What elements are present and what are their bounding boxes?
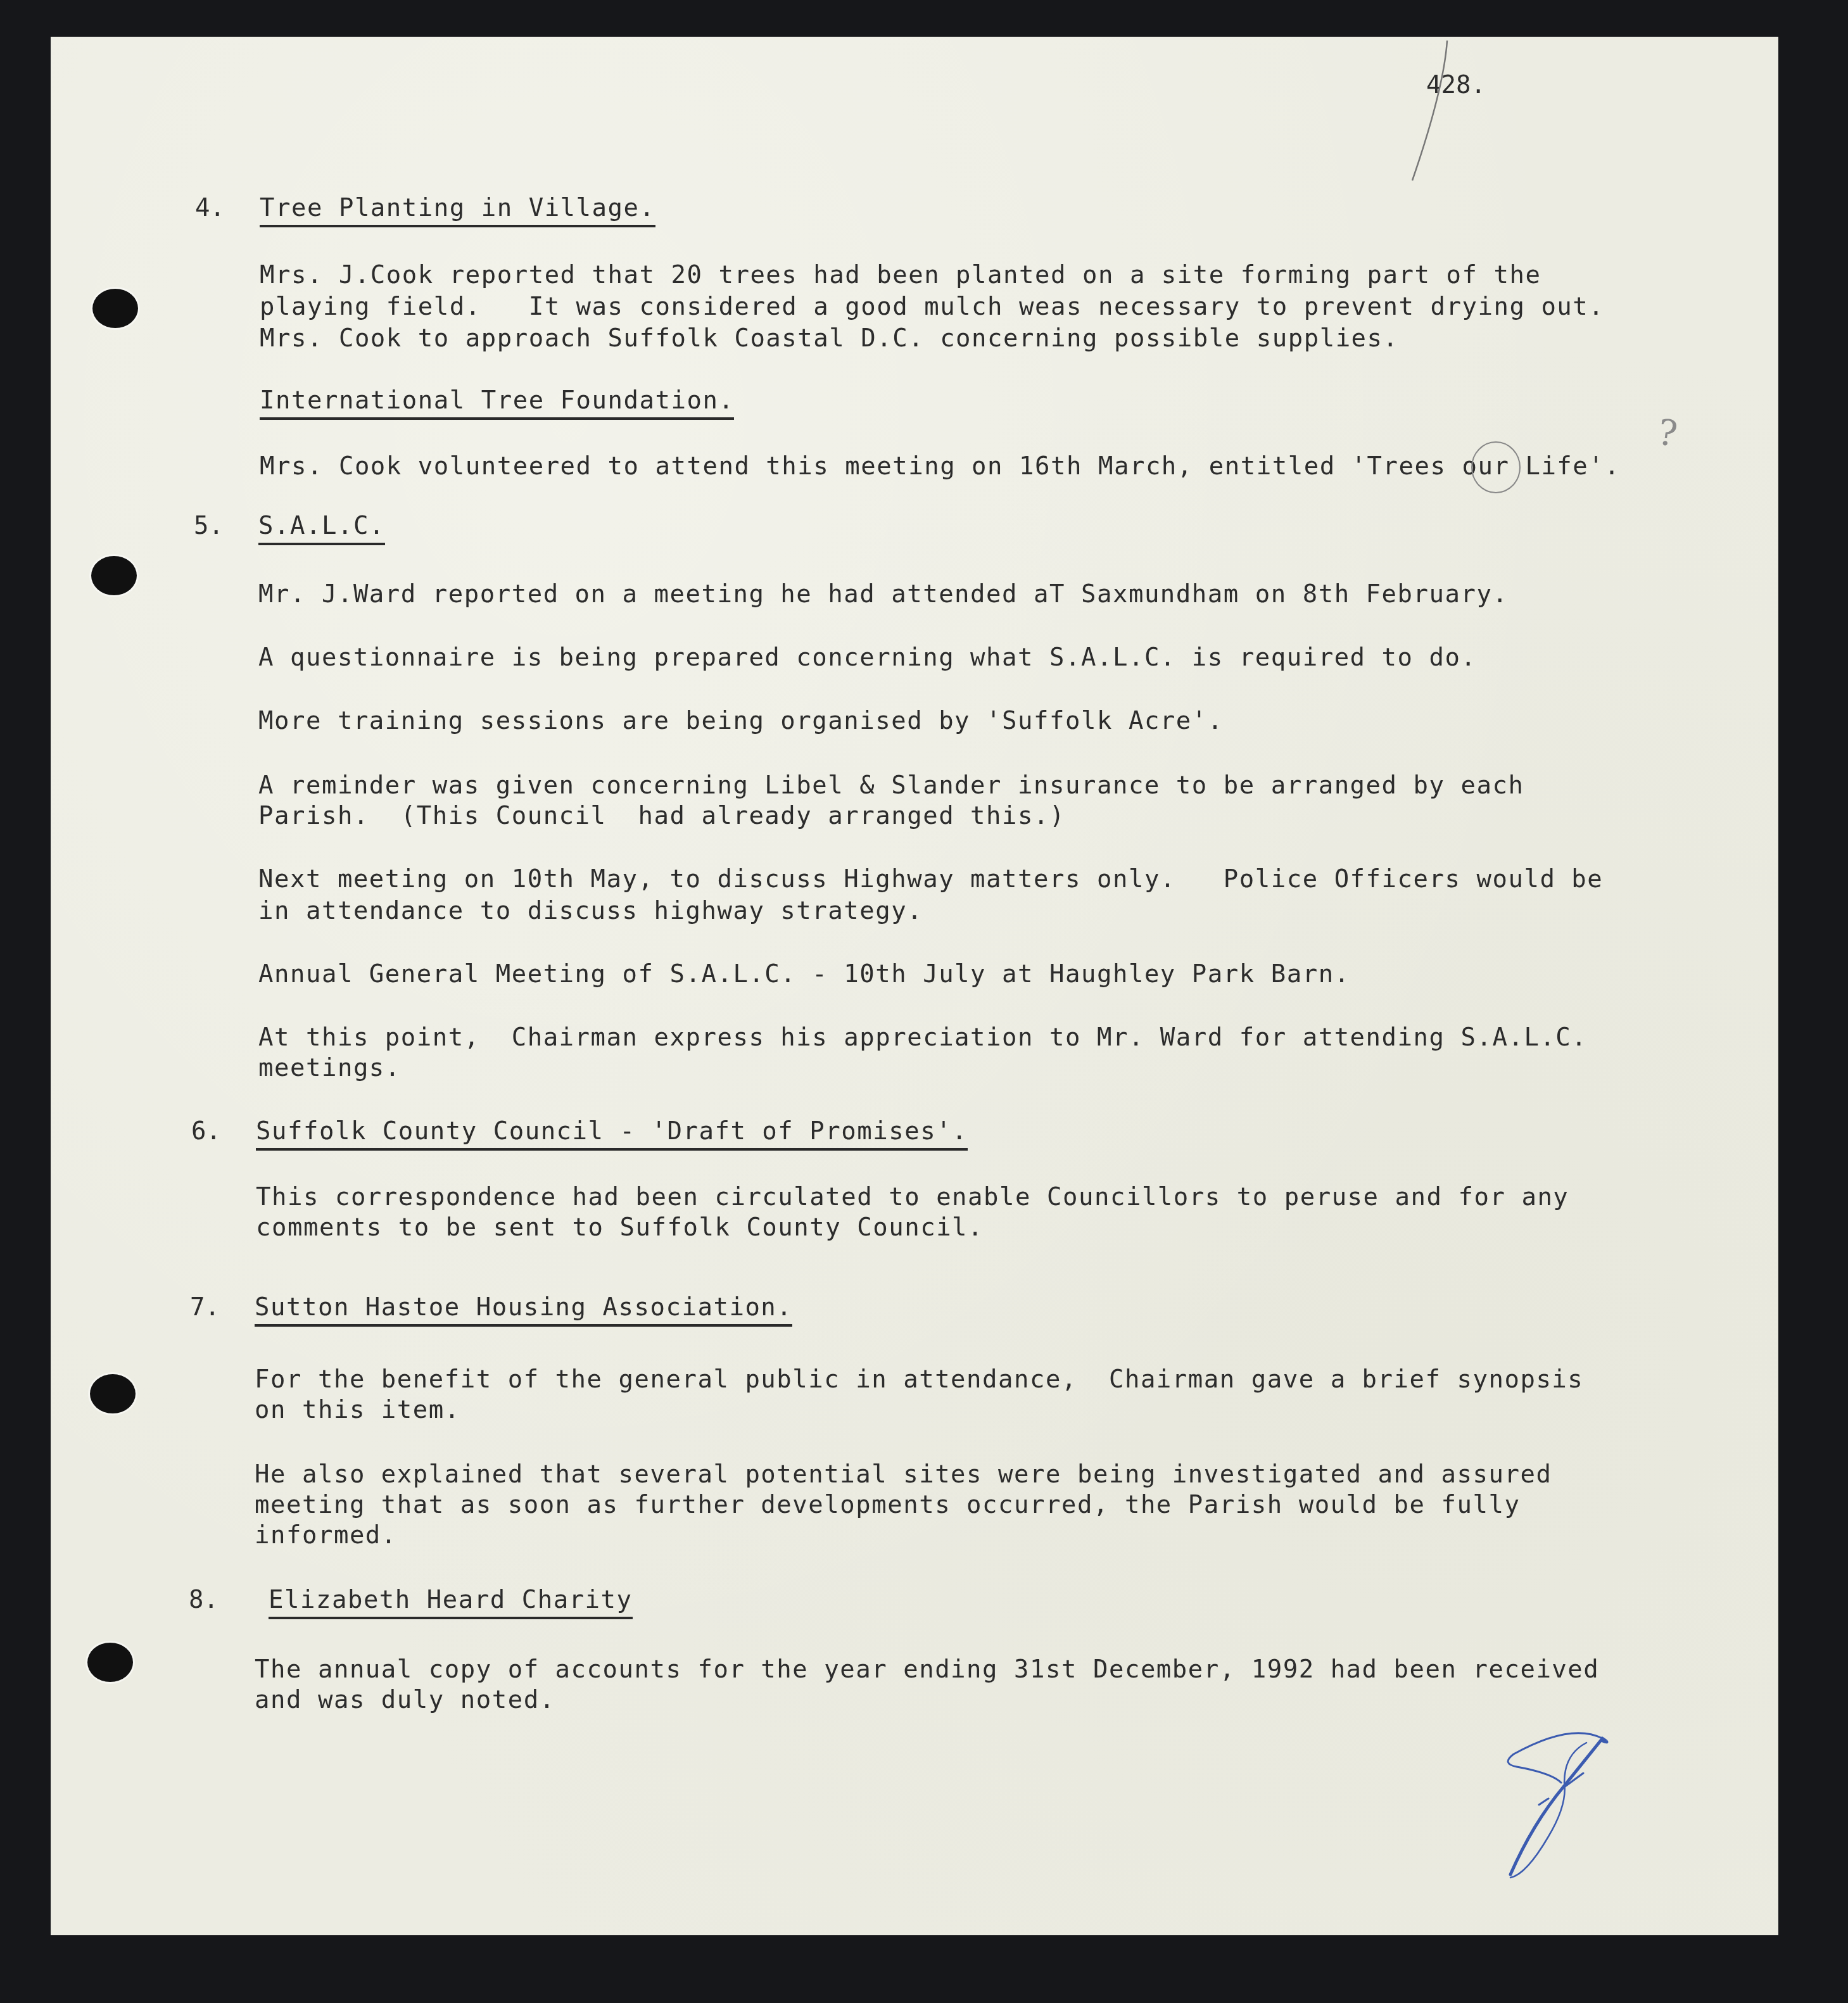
- pencil-circle: [1472, 442, 1520, 493]
- handwriting-layer: [0, 0, 1848, 2003]
- pencil-stroke: [1412, 41, 1447, 180]
- signature-icon: [1508, 1733, 1607, 1878]
